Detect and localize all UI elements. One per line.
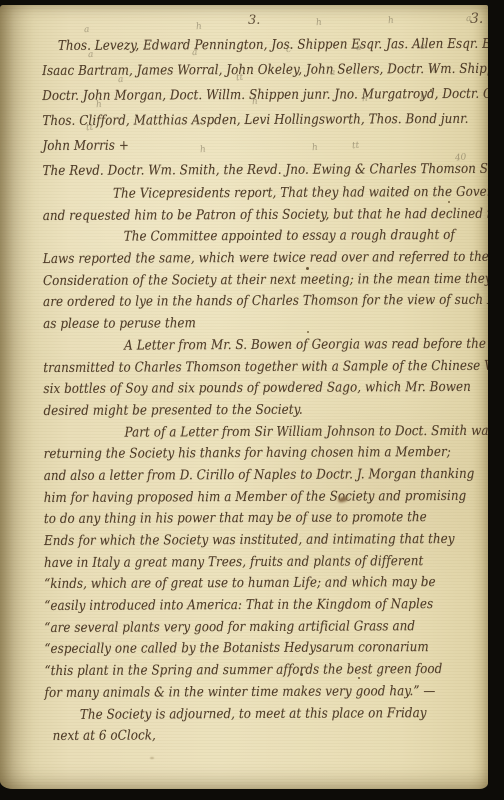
pencil-annotation: a (83, 25, 89, 36)
pencil-annotation: h (315, 18, 322, 29)
pencil-annotation: h (195, 22, 202, 33)
pencil-annotation: a (87, 50, 93, 61)
pencil-annotation: a (355, 43, 361, 54)
pencil-annotation: tt (85, 123, 93, 134)
pencil-annotation: 40 (455, 152, 467, 163)
ink-speck (358, 677, 360, 679)
paper-stain (150, 757, 154, 759)
pencil-annotation: tt (235, 73, 243, 84)
manuscript-page: 3. 3. Thos. Levezy, Edward Pennington, J… (0, 5, 488, 789)
pencil-annotation: a (191, 48, 197, 59)
ink-speck (306, 267, 309, 270)
photographed-book: 3. 3. Thos. Levezy, Edward Pennington, J… (0, 0, 504, 800)
pencil-annotation: a (419, 42, 425, 53)
pencil-annotation: h (311, 143, 318, 154)
pencil-annotation: h (361, 94, 368, 105)
pencil-annotation: a (117, 75, 123, 86)
pencil-annotation: h (251, 97, 258, 108)
ink-speck (300, 673, 303, 676)
pencil-annotation: h (387, 16, 394, 27)
pencil-annotations-layer: ahhhaaacaaattahhhhhtthhtt40 (0, 5, 488, 789)
pencil-annotation: a (465, 14, 471, 25)
pencil-annotation: h (419, 93, 426, 104)
pencil-annotation: a (329, 68, 335, 79)
ink-speck (448, 201, 450, 203)
pencil-annotation: h (199, 145, 206, 156)
ink-speck (307, 331, 309, 333)
pencil-annotation: h (95, 100, 102, 111)
pencil-annotation: tt (351, 141, 359, 152)
pencil-annotation: h (429, 66, 436, 77)
ink-speck (430, 89, 432, 91)
pencil-annotation: c (285, 45, 291, 55)
